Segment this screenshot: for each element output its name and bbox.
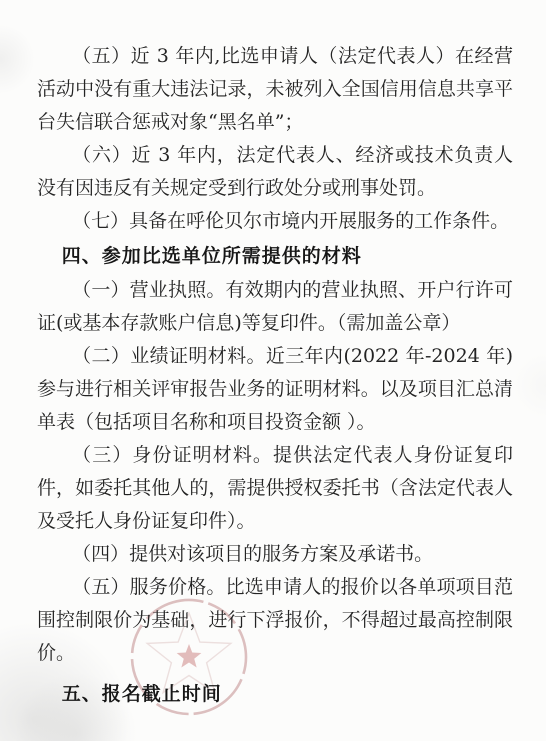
material-3-paragraph: （三）身份证明材料。提供法定代表人身份证复印件，如委托其他人的，需提供授权委托书…	[37, 439, 513, 538]
document-page: （五）近 3 年内,比选申请人（法定代表人）在经营活动中没有重大违法记录，未被列…	[0, 0, 546, 741]
material-5-paragraph: （五）服务价格。比选申请人的报价以各单项项目范围控制限价为基础，进行下浮报价，不…	[37, 571, 513, 670]
material-4-paragraph: （四）提供对该项目的服务方案及承诺书。	[37, 538, 513, 571]
section-5-heading: 五、报名截止时间	[37, 678, 513, 711]
section-4-heading: 四、参加比选单位所需提供的材料	[37, 240, 513, 273]
clause-5-paragraph: （五）近 3 年内,比选申请人（法定代表人）在经营活动中没有重大违法记录，未被列…	[37, 40, 513, 139]
material-1-paragraph: （一）营业执照。有效期内的营业执照、开户行许可证(或基本存款账户信息)等复印件。…	[37, 274, 513, 340]
clause-6-paragraph: （六）近 3 年内，法定代表人、经济或技术负责人没有因违反有关规定受到行政处分或…	[37, 139, 513, 205]
document-content: （五）近 3 年内,比选申请人（法定代表人）在经营活动中没有重大违法记录，未被列…	[37, 40, 513, 712]
material-2-paragraph: （二）业绩证明材料。近三年内(2022 年-2024 年) 参与进行相关评审报告…	[37, 340, 513, 439]
clause-7-paragraph: （七）具备在呼伦贝尔市境内开展服务的工作条件。	[37, 205, 513, 238]
